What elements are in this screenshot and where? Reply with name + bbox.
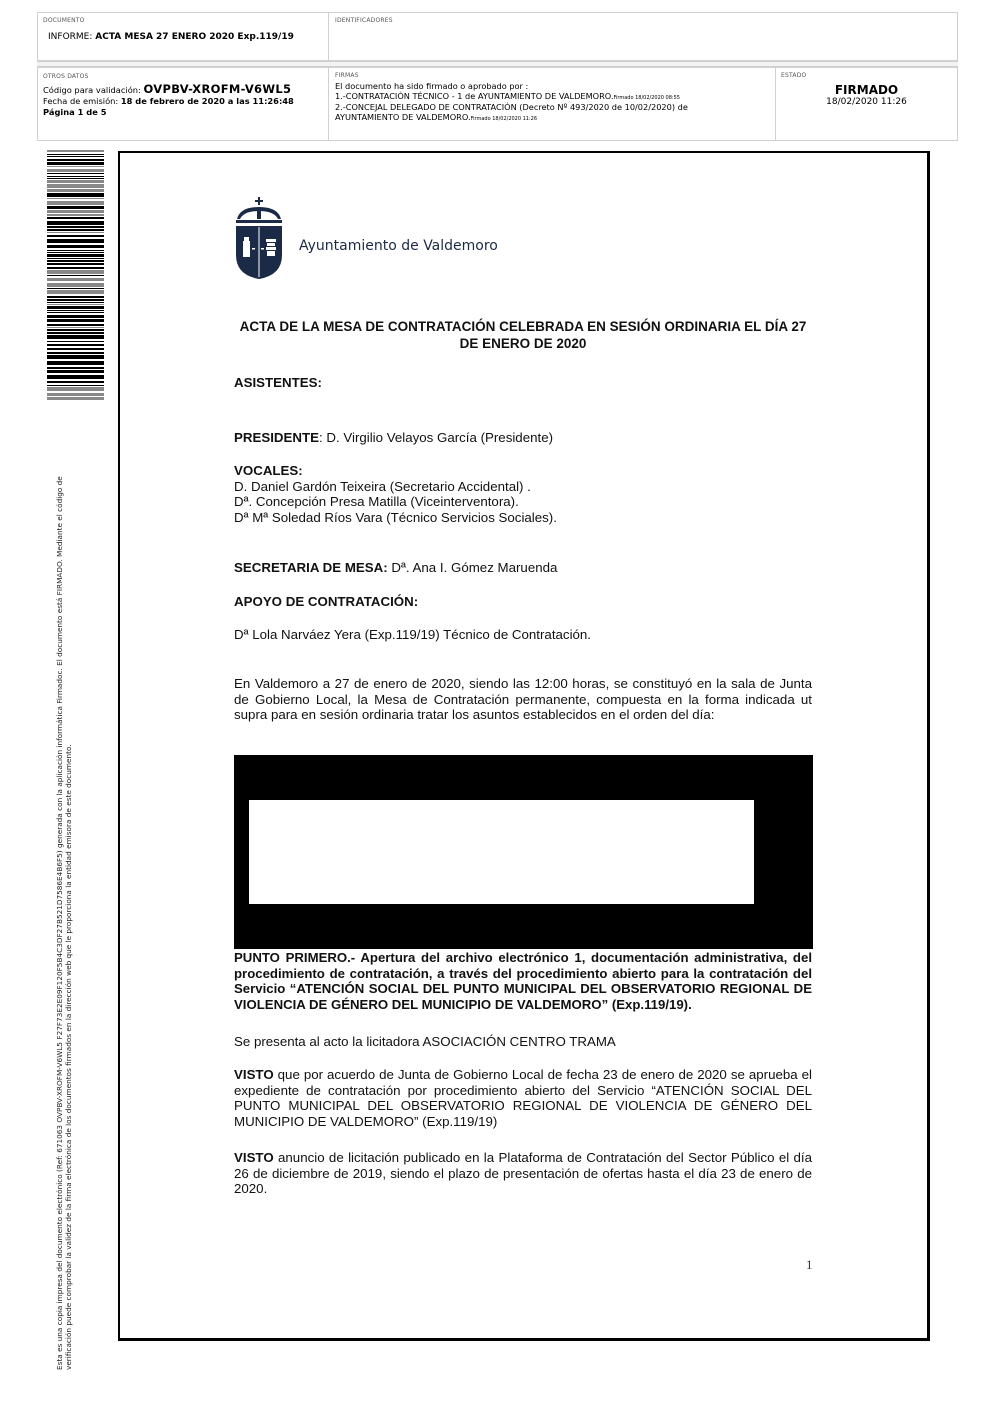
- signature-1-signer: 1.-CONTRATACIÓN TÉCNICO - 1 de AYUNTAMIE…: [335, 91, 613, 101]
- verification-notice: Esta es una copia impresa del documento …: [55, 420, 73, 1370]
- issue-date-row: Fecha de emisión: 18 de febrero de 2020 …: [43, 96, 294, 107]
- redacted-block-inner: [249, 800, 754, 904]
- vocal-item: D. Daniel Gardón Teixeira (Secretario Ac…: [234, 479, 812, 495]
- firmas-cell: FIRMAS El documento ha sido firmado o ap…: [328, 67, 776, 141]
- signature-2-signer: AYUNTAMIENTO DE VALDEMORO.: [335, 112, 471, 122]
- visto-label: VISTO: [234, 1150, 274, 1165]
- verification-notice-line1: Esta es una copia impresa del documento …: [55, 420, 64, 1370]
- signature-2-stamp: Firmado 18/02/2020 11:26: [471, 116, 537, 122]
- validation-code-label: Código para validación:: [43, 85, 144, 95]
- barcode-icon: [47, 150, 104, 400]
- presidente-value: : D. Virgilio Velayos García (Presidente…: [319, 430, 553, 445]
- signature-1-stamp: Firmado 18/02/2020 08:55: [613, 95, 679, 101]
- validation-code-row: Código para validación: OVPBV-XROFM-V6WL…: [43, 84, 294, 96]
- presidente-label: PRESIDENTE: [234, 430, 319, 445]
- document-title: ACTA MESA 27 ENERO 2020 Exp.119/19: [95, 32, 294, 42]
- punto-primero: PUNTO PRIMERO.- Apertura del archivo ele…: [234, 950, 812, 1012]
- visto-paragraph-1: VISTO que por acuerdo de Junta de Gobier…: [234, 1067, 812, 1129]
- document-type: INFORME:: [48, 32, 95, 42]
- vocal-item: Dª Mª Soledad Ríos Vara (Técnico Servici…: [234, 510, 812, 526]
- asistentes-heading: ASISTENTES:: [234, 375, 812, 391]
- documento-cell: DOCUMENTO INFORME: ACTA MESA 27 ENERO 20…: [37, 12, 329, 61]
- identificadores-cell: IDENTIFICADORES: [328, 12, 958, 61]
- apoyo-heading: APOYO DE CONTRATACIÓN:: [234, 594, 812, 610]
- document-name: INFORME: ACTA MESA 27 ENERO 2020 Exp.119…: [48, 32, 294, 42]
- apoyo-value: Dª Lola Narváez Yera (Exp.119/19) Técnic…: [234, 627, 812, 643]
- title-line1: ACTA DE LA MESA DE CONTRATACIÓN CELEBRAD…: [234, 318, 812, 335]
- visto-label: VISTO: [234, 1067, 274, 1082]
- secretaria-value: Dª. Ana I. Gómez Maruenda: [388, 560, 558, 575]
- coat-of-arms-logo-icon: [234, 197, 284, 279]
- page-title: ACTA DE LA MESA DE CONTRATACIÓN CELEBRAD…: [234, 318, 812, 352]
- visto-text: anuncio de licitación publicado en la Pl…: [234, 1150, 812, 1196]
- vocales-section: VOCALES: D. Daniel Gardón Teixeira (Secr…: [234, 463, 812, 525]
- otros-datos-cell: OTROS DATOS Código para validación: OVPB…: [37, 67, 329, 141]
- status-badge: FIRMADO: [776, 83, 957, 97]
- licitadora-text: Se presenta al acto la licitadora ASOCIA…: [234, 1034, 812, 1050]
- vocales-label: VOCALES:: [234, 463, 812, 479]
- presidente-row: PRESIDENTE: D. Virgilio Velayos García (…: [234, 430, 812, 446]
- issue-date: 18 de febrero de 2020 a las 11:26:48: [121, 96, 294, 106]
- validation-code: OVPBV-XROFM-V6WL5: [144, 82, 292, 96]
- page-count: Página 1 de 5: [43, 107, 107, 117]
- title-line2: DE ENERO DE 2020: [234, 335, 812, 352]
- intro-paragraph: En Valdemoro a 27 de enero de 2020, sien…: [234, 676, 812, 723]
- redacted-block: [234, 755, 813, 949]
- issue-date-label: Fecha de emisión:: [43, 96, 121, 106]
- secretaria-label: SECRETARIA DE MESA:: [234, 560, 388, 575]
- org-name: Ayuntamiento de Valdemoro: [299, 238, 498, 254]
- documento-caption: DOCUMENTO: [43, 17, 85, 24]
- document-info-header: DOCUMENTO INFORME: ACTA MESA 27 ENERO 20…: [37, 12, 958, 141]
- page-number: 1: [806, 1257, 813, 1273]
- signature-2-line2: AYUNTAMIENTO DE VALDEMORO.Firmado 18/02/…: [335, 113, 688, 125]
- vocal-item: Dª. Concepción Presa Matilla (Viceinterv…: [234, 494, 812, 510]
- visto-text: que por acuerdo de Junta de Gobierno Loc…: [234, 1067, 812, 1129]
- otros-datos-caption: OTROS DATOS: [43, 73, 89, 80]
- visto-paragraph-2: VISTO anuncio de licitación publicado en…: [234, 1150, 812, 1197]
- verification-notice-line2: verificación puede comprobar la validez …: [64, 420, 73, 1370]
- estado-cell: ESTADO FIRMADO 18/02/2020 11:26: [775, 67, 958, 141]
- firmas-caption: FIRMAS: [335, 72, 359, 79]
- identificadores-caption: IDENTIFICADORES: [335, 17, 393, 24]
- estado-caption: ESTADO: [781, 72, 806, 79]
- secretaria-row: SECRETARIA DE MESA: Dª. Ana I. Gómez Mar…: [234, 560, 812, 576]
- status-datetime: 18/02/2020 11:26: [776, 97, 957, 107]
